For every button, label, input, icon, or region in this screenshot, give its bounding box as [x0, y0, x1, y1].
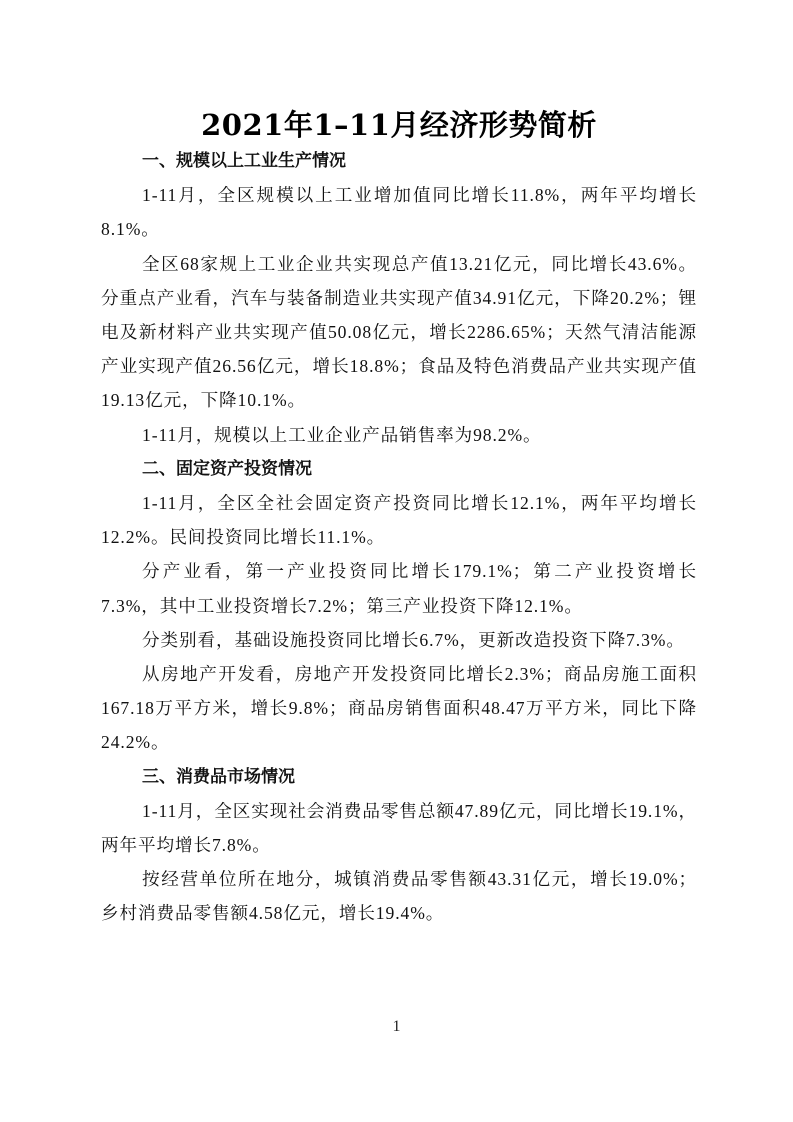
document-title: 2021年1–11月经济形势简析 [101, 107, 697, 143]
section-heading: 一、规模以上工业生产情况 [101, 144, 697, 178]
paragraph: 1-11月，全区规模以上工业增加值同比增长11.8%，两年平均增长8.1%。 [101, 178, 697, 246]
paragraph: 分类别看，基础设施投资同比增长6.7%，更新改造投资下降7.3%。 [101, 623, 697, 657]
section-heading: 二、固定资产投资情况 [101, 452, 697, 486]
paragraph: 分产业看，第一产业投资同比增长179.1%；第二产业投资增长7.3%，其中工业投… [101, 554, 697, 622]
paragraph: 1-11月，全区实现社会消费品零售总额47.89亿元，同比增长19.1%，两年平… [101, 794, 697, 862]
page-number: 1 [0, 1018, 793, 1036]
section-heading: 三、消费品市场情况 [101, 760, 697, 794]
paragraph: 全区68家规上工业企业共实现总产值13.21亿元，同比增长43.6%。分重点产业… [101, 247, 697, 418]
paragraph: 1-11月，规模以上工业企业产品销售率为98.2%。 [101, 418, 697, 452]
document-body: 一、规模以上工业生产情况 1-11月，全区规模以上工业增加值同比增长11.8%，… [101, 144, 697, 931]
section-fixed-asset-investment: 二、固定资产投资情况 1-11月，全区全社会固定资产投资同比增长12.1%，两年… [101, 452, 697, 760]
paragraph: 从房地产开发看，房地产开发投资同比增长2.3%；商品房施工面积167.18万平方… [101, 657, 697, 760]
section-consumer-market: 三、消费品市场情况 1-11月，全区实现社会消费品零售总额47.89亿元，同比增… [101, 760, 697, 931]
section-industrial-production: 一、规模以上工业生产情况 1-11月，全区规模以上工业增加值同比增长11.8%，… [101, 144, 697, 452]
paragraph: 1-11月，全区全社会固定资产投资同比增长12.1%，两年平均增长12.2%。民… [101, 486, 697, 554]
paragraph: 按经营单位所在地分，城镇消费品零售额43.31亿元，增长19.0%；乡村消费品零… [101, 862, 697, 930]
